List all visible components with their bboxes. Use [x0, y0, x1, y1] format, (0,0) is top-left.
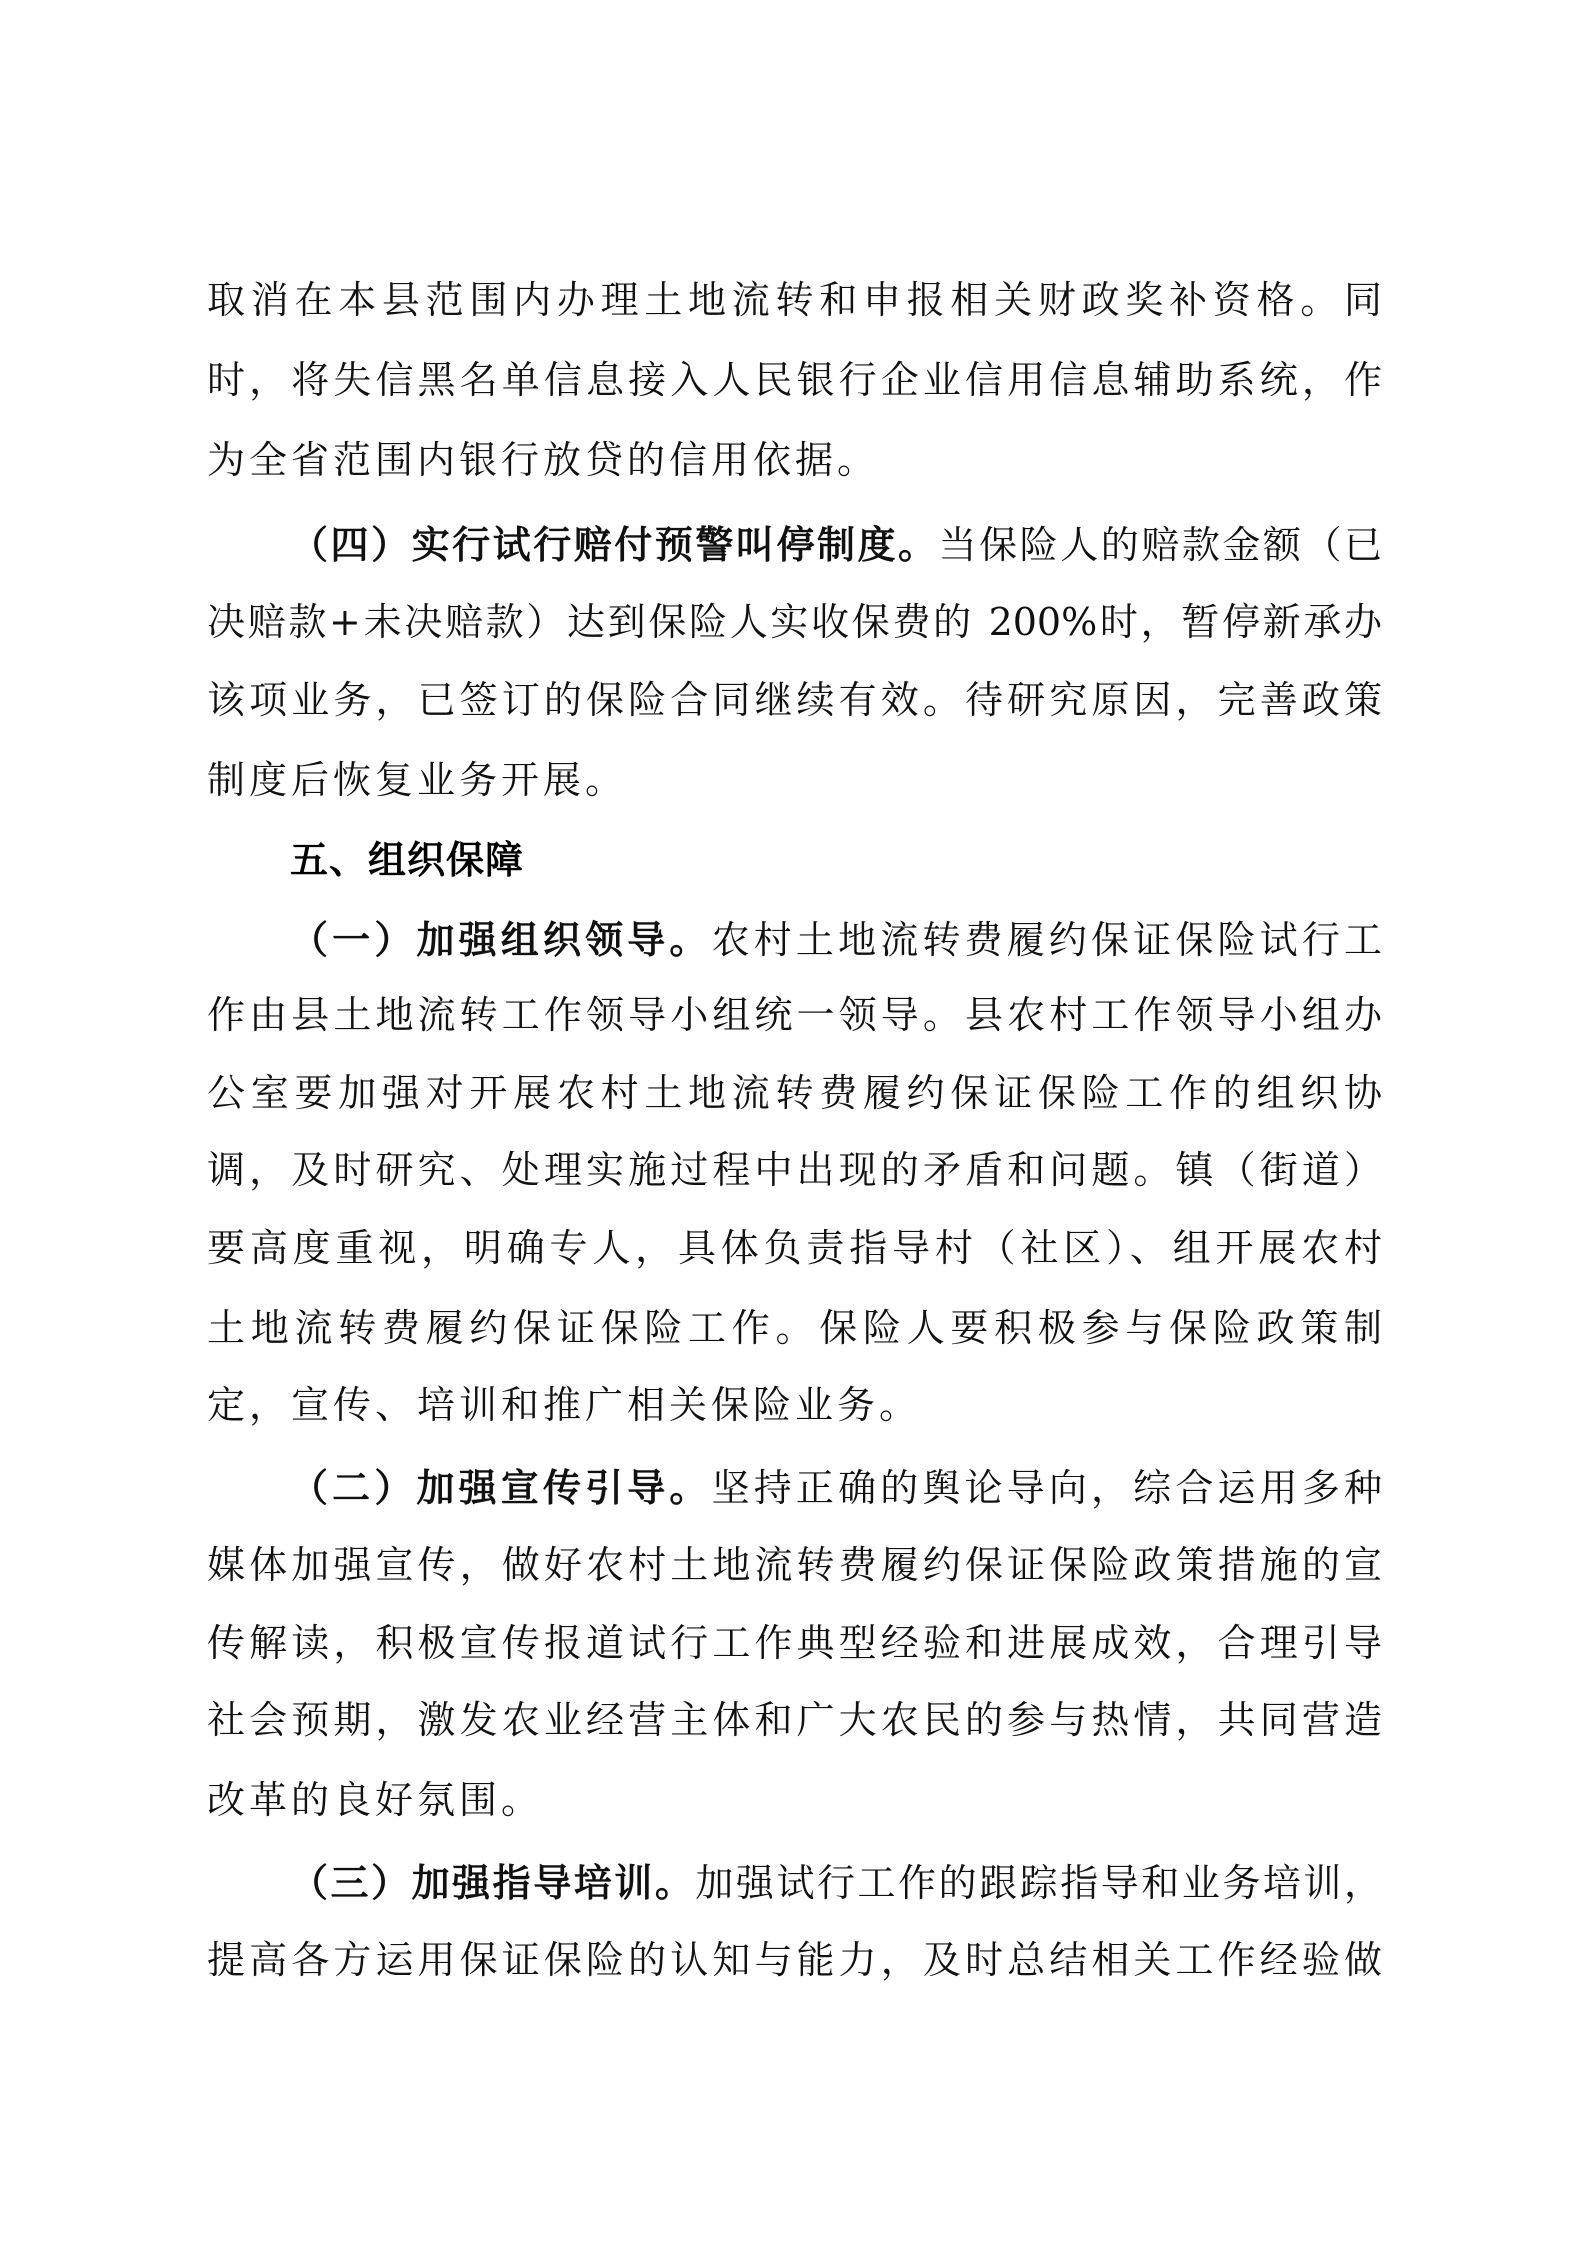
subheading: （四）实行试行赔付预警叫停制度。 — [290, 522, 939, 567]
text-line: 决赔款+未决赔款）达到保险人实收保费的 200%时，暂停新承办 — [207, 592, 1382, 652]
text-line: 定，宣传、培训和推广相关保险业务。 — [207, 1375, 1382, 1435]
text: 加强试行工作的跟踪指导和业务培训， — [695, 1861, 1382, 1905]
text-line: 取消在本县范围内办理土地流转和申报相关财政奖补资格。同 — [207, 270, 1382, 330]
text: 坚持正确的舆论导向，综合运用多种 — [712, 1466, 1382, 1510]
text-line: 要高度重视，明确专人，具体负责指导村（社区）、组开展农村 — [207, 1218, 1382, 1278]
text-line: 时，将失信黑名单信息接入人民银行企业信用信息辅助系统，作 — [207, 350, 1382, 410]
section-heading: 五、组织保障 — [290, 830, 524, 890]
document-page: 取消在本县范围内办理土地流转和申报相关财政奖补资格。同 时，将失信黑名单信息接入… — [0, 0, 1587, 2245]
text-line: 媒体加强宣传，做好农村土地流转费履约保证保险政策措施的宣 — [207, 1535, 1382, 1595]
subheading: （三）加强指导培训。 — [290, 1860, 695, 1905]
paragraph-first-line: （三）加强指导培训。加强试行工作的跟踪指导和业务培训， — [290, 1853, 1382, 1913]
text-line: 提高各方运用保证保险的认知与能力，及时总结相关工作经验做 — [207, 1930, 1382, 1990]
text-line: 作由县土地流转工作领导小组统一领导。县农村工作领导小组办 — [207, 985, 1382, 1045]
subheading: （一）加强组织领导。 — [290, 917, 712, 962]
text-line: 制度后恢复业务开展。 — [207, 750, 1382, 810]
text-line: 该项业务，已签订的保险合同继续有效。待研究原因，完善政策 — [207, 670, 1382, 730]
paragraph-first-line: （四）实行试行赔付预警叫停制度。当保险人的赔款金额（已 — [290, 515, 1382, 575]
text-line: 为全省范围内银行放贷的信用依据。 — [207, 430, 1382, 490]
text-line: 土地流转费履约保证保险工作。保险人要积极参与保险政策制 — [207, 1298, 1382, 1358]
text-line: 传解读，积极宣传报道试行工作典型经验和进展成效，合理引导 — [207, 1613, 1382, 1673]
text: 农村土地流转费履约保证保险试行工 — [712, 918, 1382, 962]
text-line: 社会预期，激发农业经营主体和广大农民的参与热情，共同营造 — [207, 1690, 1382, 1750]
subheading: （二）加强宣传引导。 — [290, 1465, 712, 1510]
text-line: 改革的良好氛围。 — [207, 1770, 1382, 1830]
text: 当保险人的赔款金额（已 — [939, 523, 1382, 567]
text-line: 调，及时研究、处理实施过程中出现的矛盾和问题。镇（街道） — [207, 1140, 1382, 1200]
text-line: 公室要加强对开展农村土地流转费履约保证保险工作的组织协 — [207, 1063, 1382, 1123]
paragraph-first-line: （二）加强宣传引导。坚持正确的舆论导向，综合运用多种 — [290, 1458, 1382, 1518]
paragraph-first-line: （一）加强组织领导。农村土地流转费履约保证保险试行工 — [290, 910, 1382, 970]
